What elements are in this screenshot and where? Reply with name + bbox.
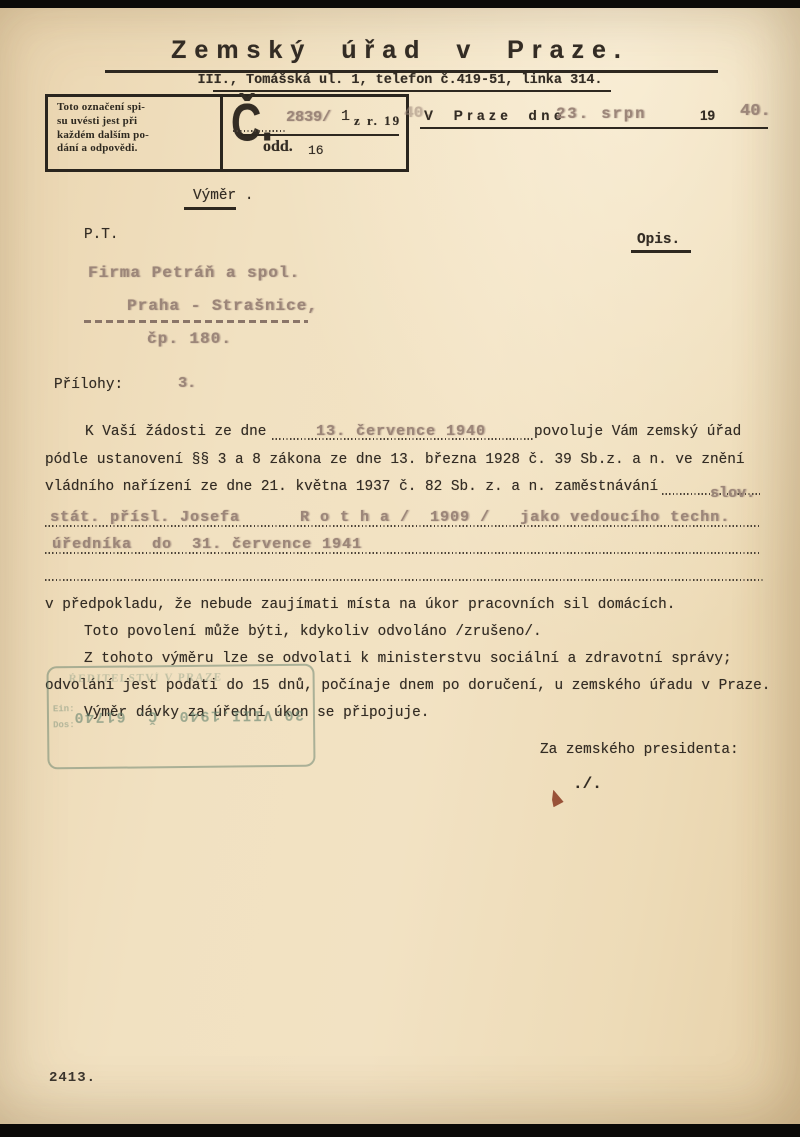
document-kind-underline [184, 207, 236, 210]
dateline-place: V Praze dne [424, 108, 566, 123]
reference-number-box: Toto označení spi- su uvésti jest při ka… [45, 94, 409, 172]
dateline-date-typed: 23. srpn [556, 105, 646, 123]
signature-mark: ./. [573, 775, 602, 793]
box-note-line: každém dalším po- [57, 129, 149, 143]
addressee-name: Firma Petráň a spol. [88, 264, 300, 282]
box-note-line: su uvésti jest při [57, 115, 149, 129]
file-number-print: 1 [341, 108, 350, 125]
body-line1-pre: K Vaší žádosti ze dne [85, 424, 266, 440]
body-paragraph-revocation: Toto povolení může býti, kdykoliv odvolá… [84, 624, 542, 640]
enclosures-value: 3. [178, 375, 196, 392]
stamp-ein-label: Ein: [53, 704, 75, 714]
body-line1-post: povoluje Vám zemský úřad [534, 424, 741, 440]
signature-label: Za zemského presidenta: [540, 742, 739, 758]
letterhead-address: III., Tomášská ul. 1, telefon č.419-51, … [0, 73, 800, 88]
dateline-century: 19 [700, 108, 715, 123]
ink-blot-mark [549, 790, 566, 810]
letterhead-title: Zemský úřad v Praze. [0, 36, 800, 65]
box-note: Toto označení spi- su uvésti jest při ka… [57, 101, 149, 156]
addressee-number: čp. 180. [147, 330, 232, 348]
stamp-header-text: ŘEDITELSTVÍ V PRAZE [68, 672, 223, 686]
copy-underline [631, 250, 691, 253]
file-number-suffix: z r. 19 [354, 113, 401, 129]
dateline-year-typed: 40. [740, 102, 771, 121]
box-note-line: dání a odpovědi. [57, 142, 149, 156]
dept-value: 16 [308, 143, 324, 158]
dateline-underline [420, 127, 768, 129]
document-kind: Výměr . [193, 188, 253, 204]
document-paper: Zemský úřad v Praze. III., Tomášská ul. … [0, 8, 800, 1124]
body-line5-fill-validity: úředníka do 31. července 1941 [52, 536, 362, 553]
body-paragraph-condition: v předpokladu, že nebude zaujímati místa… [45, 597, 675, 613]
number-underline [241, 134, 399, 136]
receipt-stamp: ŘEDITELSTVÍ V PRAZE Ein: Dos: 30.VIII.19… [46, 664, 315, 770]
number-leader [233, 130, 285, 132]
file-number-typed: 2839/ [286, 109, 331, 126]
body-line2: pódle ustanovení §§ 3 a 8 zákona ze dne … [45, 452, 745, 468]
empty-fill-leader [45, 579, 763, 581]
body-line3: vládního nařízení ze dne 21. května 1937… [45, 479, 658, 495]
salutation: P.T. [84, 227, 119, 243]
copy-label: Opis. [637, 232, 680, 248]
stamp-dos-label: Dos: [53, 720, 75, 730]
body-line1-fill-date: 13. července 1940 [316, 423, 486, 440]
body-line4-fill-person: stát. přísl. Josefa R o t h a / 1909 / j… [50, 509, 730, 526]
box-note-line: Toto označení spi- [57, 101, 149, 115]
addressee-city: Praha - Strašnice, [127, 297, 318, 315]
enclosures-label: Přílohy: [54, 377, 123, 393]
subtitle-underline [213, 90, 611, 92]
body-line3-fill: slov. [710, 485, 755, 502]
form-number: 2413. [49, 1070, 96, 1086]
dept-label: odd. [263, 138, 293, 156]
stamp-date-line: 30.VIII.1940 Č. 61740 [73, 706, 304, 725]
box-divider [220, 97, 223, 169]
addressee-dashed-underline [84, 320, 308, 323]
